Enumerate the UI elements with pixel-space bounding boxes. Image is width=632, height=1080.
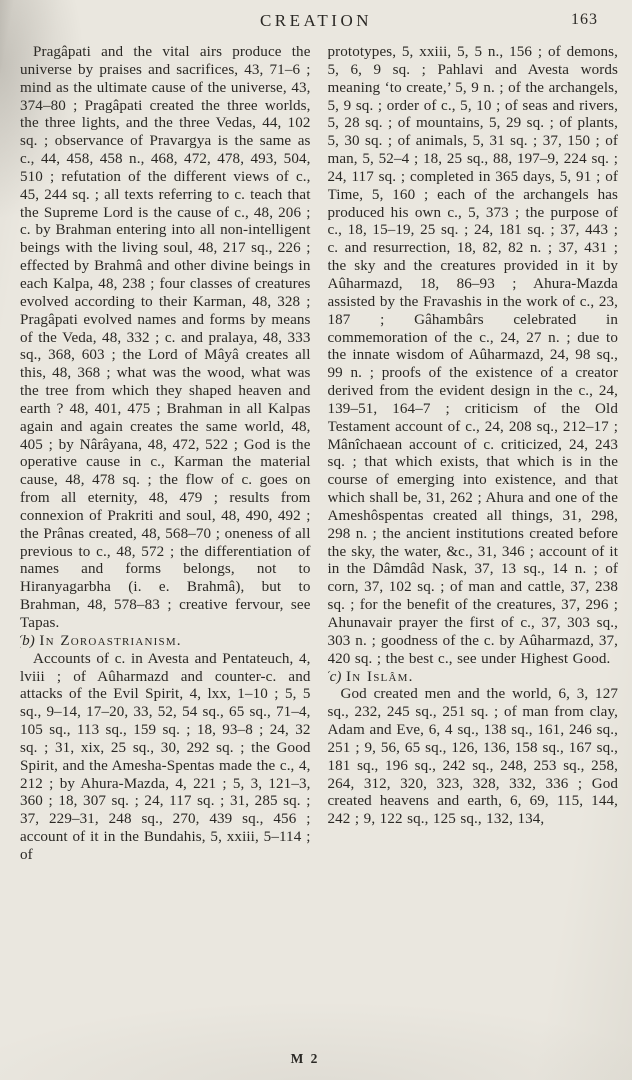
page-title: CREATION [0, 11, 632, 31]
index-entry-zoroastrianism-part2: prototypes, 5, xxiii, 5, 5 n., 156 ; of … [328, 44, 619, 669]
left-column: Pragâpati and the vital airs produce the… [20, 44, 311, 1046]
section-heading-islam: (c) In Islâm. [328, 669, 619, 687]
page-number: 163 [571, 11, 598, 29]
section-marker: (c) [328, 669, 342, 685]
section-label: In Zoroastrianism. [39, 633, 181, 649]
right-column: prototypes, 5, xxiii, 5, 5 n., 156 ; of … [328, 44, 619, 1046]
section-heading-zoroastrianism: (b) In Zoroastrianism. [20, 633, 311, 651]
text-columns: Pragâpati and the vital airs produce the… [0, 41, 632, 1046]
printer-signature-mark: M 2 [0, 1051, 610, 1067]
section-marker: (b) [20, 633, 35, 649]
book-page: CREATION 163 Pragâpati and the vital air… [0, 0, 632, 1080]
page-header: CREATION 163 [0, 0, 632, 41]
index-entry-zoroastrianism-part1: Accounts of c. in Avesta and Pentateuch,… [20, 651, 311, 865]
index-entry-hinduism-continued: Pragâpati and the vital airs produce the… [20, 44, 311, 633]
index-entry-islam: God created men and the world, 6, 3, 127… [328, 686, 619, 829]
section-label: In Islâm. [346, 669, 414, 685]
